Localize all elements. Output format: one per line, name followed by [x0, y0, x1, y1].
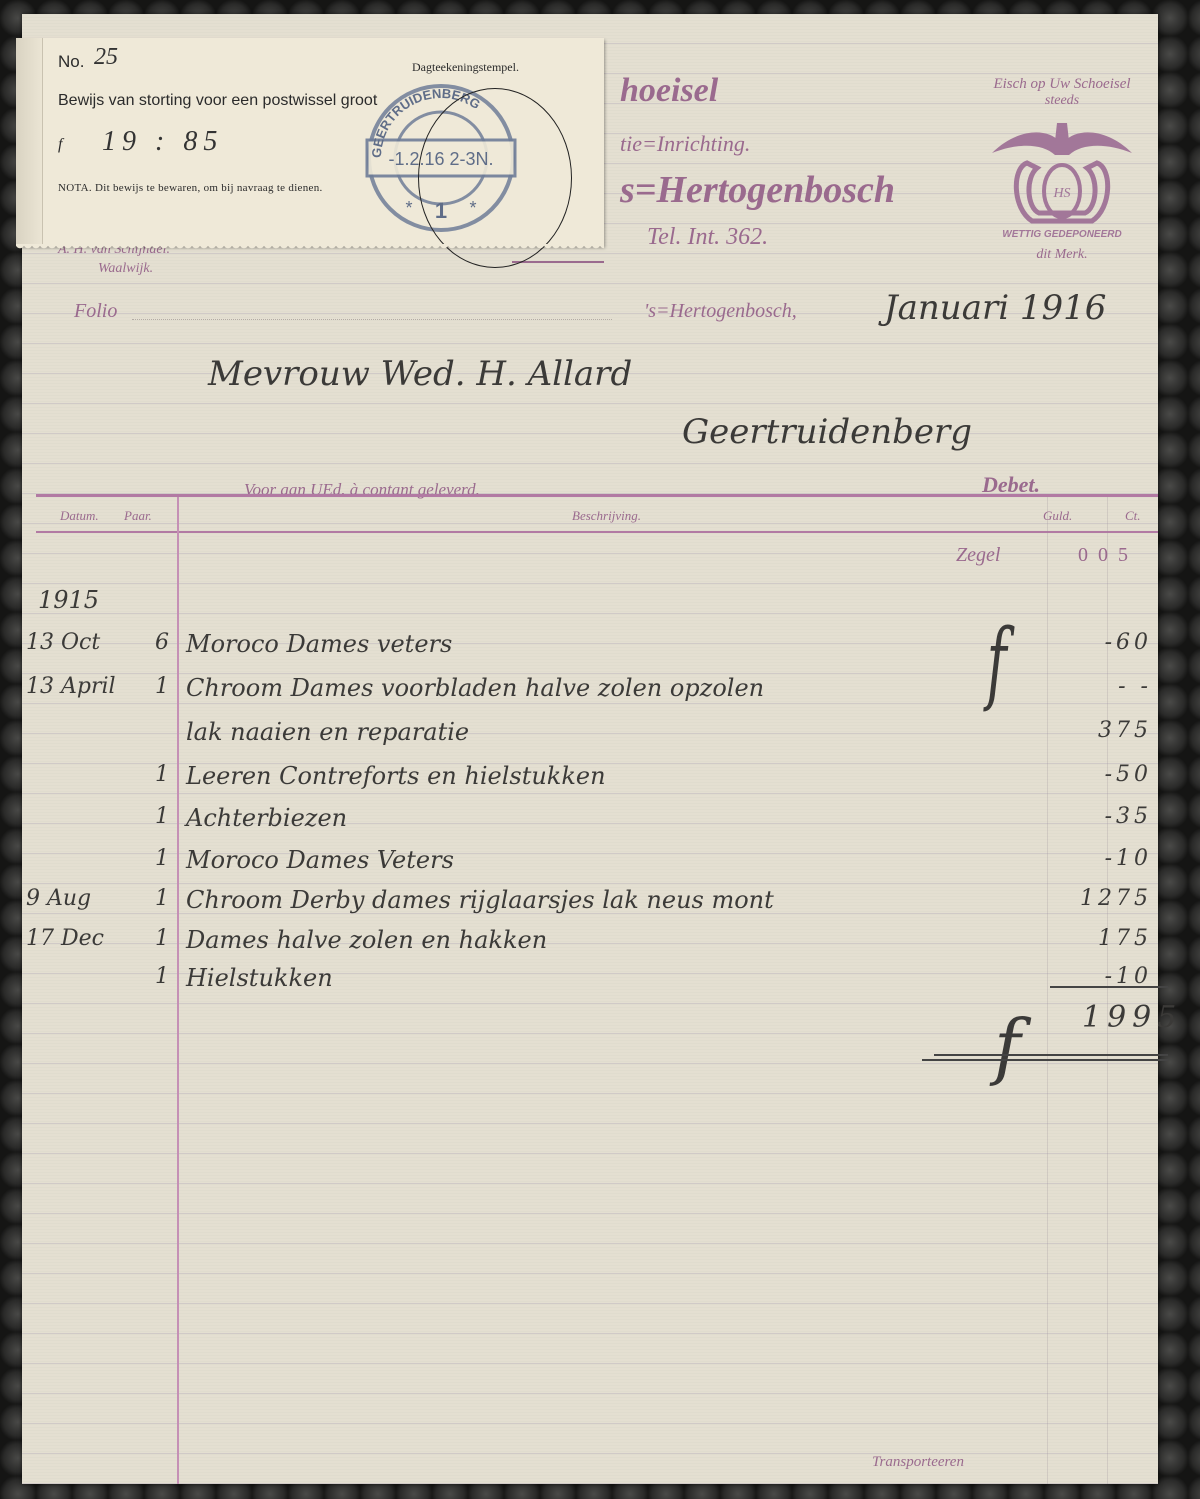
table-row: 9 Aug 1 Chroom Derby dames rijglaarsjes …: [22, 886, 1158, 924]
sender-town: Waalwijk.: [98, 261, 153, 277]
row-description: Achterbiezen: [186, 804, 1046, 832]
row-date: 9 Aug: [26, 886, 136, 911]
letterhead-rule: [512, 261, 604, 263]
trademark-line3: dit Merk.: [982, 247, 1142, 263]
row-amount: 175: [1062, 926, 1152, 951]
header-ct: Ct.: [1125, 508, 1141, 524]
slip-amount: 19 : 85: [102, 126, 223, 158]
row-description: Chroom Dames voorbladen halve zolen opzo…: [186, 674, 1046, 702]
row-date: 17 Dec: [26, 926, 136, 951]
table-row: lak naaien en reparatie 375: [22, 718, 1158, 756]
row-description: Leeren Contreforts en hielstukken: [186, 762, 1046, 790]
florin-symbol-total: f: [994, 1004, 1021, 1088]
row-qty: 1: [150, 926, 174, 951]
trademark-line2: steeds: [982, 93, 1142, 109]
trademark-line1: Eisch op Uw Schoeisel: [982, 76, 1142, 93]
folio-dotted-line: [132, 319, 612, 320]
row-qty: 1: [150, 886, 174, 911]
slip-perforated-edge: [16, 244, 604, 252]
header-beschrijving: Beschrijving.: [572, 508, 641, 524]
row-date: 13 April: [26, 674, 136, 699]
delivered-label: Voor aan UEd. à contant geleverd.: [244, 480, 480, 500]
svg-text:HS: HS: [1052, 186, 1070, 201]
recipient-name: Mevrouw Wed. H. Allard: [208, 354, 632, 394]
table-row: 17 Dec 1 Dames halve zolen en hakken 175: [22, 926, 1158, 964]
slip-currency: f: [58, 136, 62, 154]
row-qty: 1: [150, 846, 174, 871]
table-row: 1 Hielstukken -10: [22, 964, 1158, 1002]
slip-torn-edge: [16, 38, 43, 246]
row-description: Moroco Dames veters: [186, 630, 1046, 658]
table-header-rule: [36, 531, 1158, 533]
table-row: 1 Achterbiezen -35: [22, 804, 1158, 842]
total-rule-upper: [934, 1054, 1168, 1056]
transport-label: Transporteeren: [872, 1454, 964, 1471]
florin-brace: f: [987, 610, 1007, 715]
slip-number-value: 25: [94, 44, 118, 71]
total-rule-lower: [922, 1059, 1168, 1061]
row-amount: - -: [1062, 674, 1152, 699]
invoice-total: 1995: [1082, 1000, 1182, 1035]
row-qty: 6: [150, 630, 174, 655]
stamp-area-circle: [418, 88, 572, 268]
row-description: Moroco Dames Veters: [186, 846, 1046, 874]
trademark-block: Eisch op Uw Schoeisel steeds HS WETTIG G…: [982, 76, 1142, 263]
row-qty: 1: [150, 674, 174, 699]
table-row: 1 Leeren Contreforts en hielstukken -50: [22, 762, 1158, 800]
row-amount: -35: [1062, 804, 1152, 829]
row-qty: 1: [150, 804, 174, 829]
letterhead-title: hoeisel: [620, 72, 718, 110]
invoice-city: 's=Hertogenbosch,: [644, 300, 797, 323]
letterhead-subtitle: tie=Inrichting.: [620, 131, 750, 157]
zegel-label: Zegel: [956, 544, 1000, 567]
row-amount: -10: [1062, 846, 1152, 871]
letterhead-telephone: Tel. Int. 362.: [647, 224, 768, 251]
row-amount: -50: [1062, 762, 1152, 787]
letterhead-city: s=Hertogenbosch: [620, 168, 895, 212]
slip-stamp-label: Dagteekeningstempel.: [412, 60, 519, 75]
header-datum: Datum.: [60, 508, 99, 524]
header-paar: Paar.: [124, 508, 152, 524]
year-label: 1915: [38, 586, 99, 614]
slip-number-label: No.: [58, 52, 84, 72]
slip-nota: NOTA. Dit bewijs te bewaren, om bij navr…: [58, 182, 323, 194]
folio-label: Folio: [74, 300, 117, 323]
row-description: lak naaien en reparatie: [186, 718, 1046, 746]
row-qty: 1: [150, 964, 174, 989]
row-description: Dames halve zolen en hakken: [186, 926, 1046, 954]
table-row: 1 Moroco Dames Veters -10: [22, 846, 1158, 884]
row-qty: 1: [150, 762, 174, 787]
zegel-value: 005: [1078, 544, 1138, 567]
invoice-date: Januari 1916: [884, 288, 1106, 328]
row-amount: -60: [1062, 630, 1152, 655]
header-guld: Guld.: [1043, 508, 1072, 524]
row-date: 13 Oct: [26, 630, 136, 655]
recipient-town: Geertruidenberg: [682, 412, 972, 452]
svg-text:*: *: [405, 198, 412, 218]
row-amount: 375: [1062, 718, 1152, 743]
table-top-rule: [36, 494, 1158, 497]
svg-text:WETTIG GEDEPONEERD: WETTIG GEDEPONEERD: [1002, 229, 1121, 240]
row-amount: 1275: [1062, 886, 1152, 911]
row-description: Chroom Derby dames rijglaarsjes lak neus…: [186, 886, 1046, 914]
postal-receipt-slip: No. 25 Dagteekeningstempel. Bewijs van s…: [16, 38, 604, 246]
eagle-seal-icon: HS WETTIG GEDEPONEERD: [987, 113, 1137, 243]
slip-main-text: Bewijs van storting voor een postwissel …: [58, 92, 377, 110]
subtotal-rule: [1050, 986, 1168, 988]
row-description: Hielstukken: [186, 964, 1046, 992]
